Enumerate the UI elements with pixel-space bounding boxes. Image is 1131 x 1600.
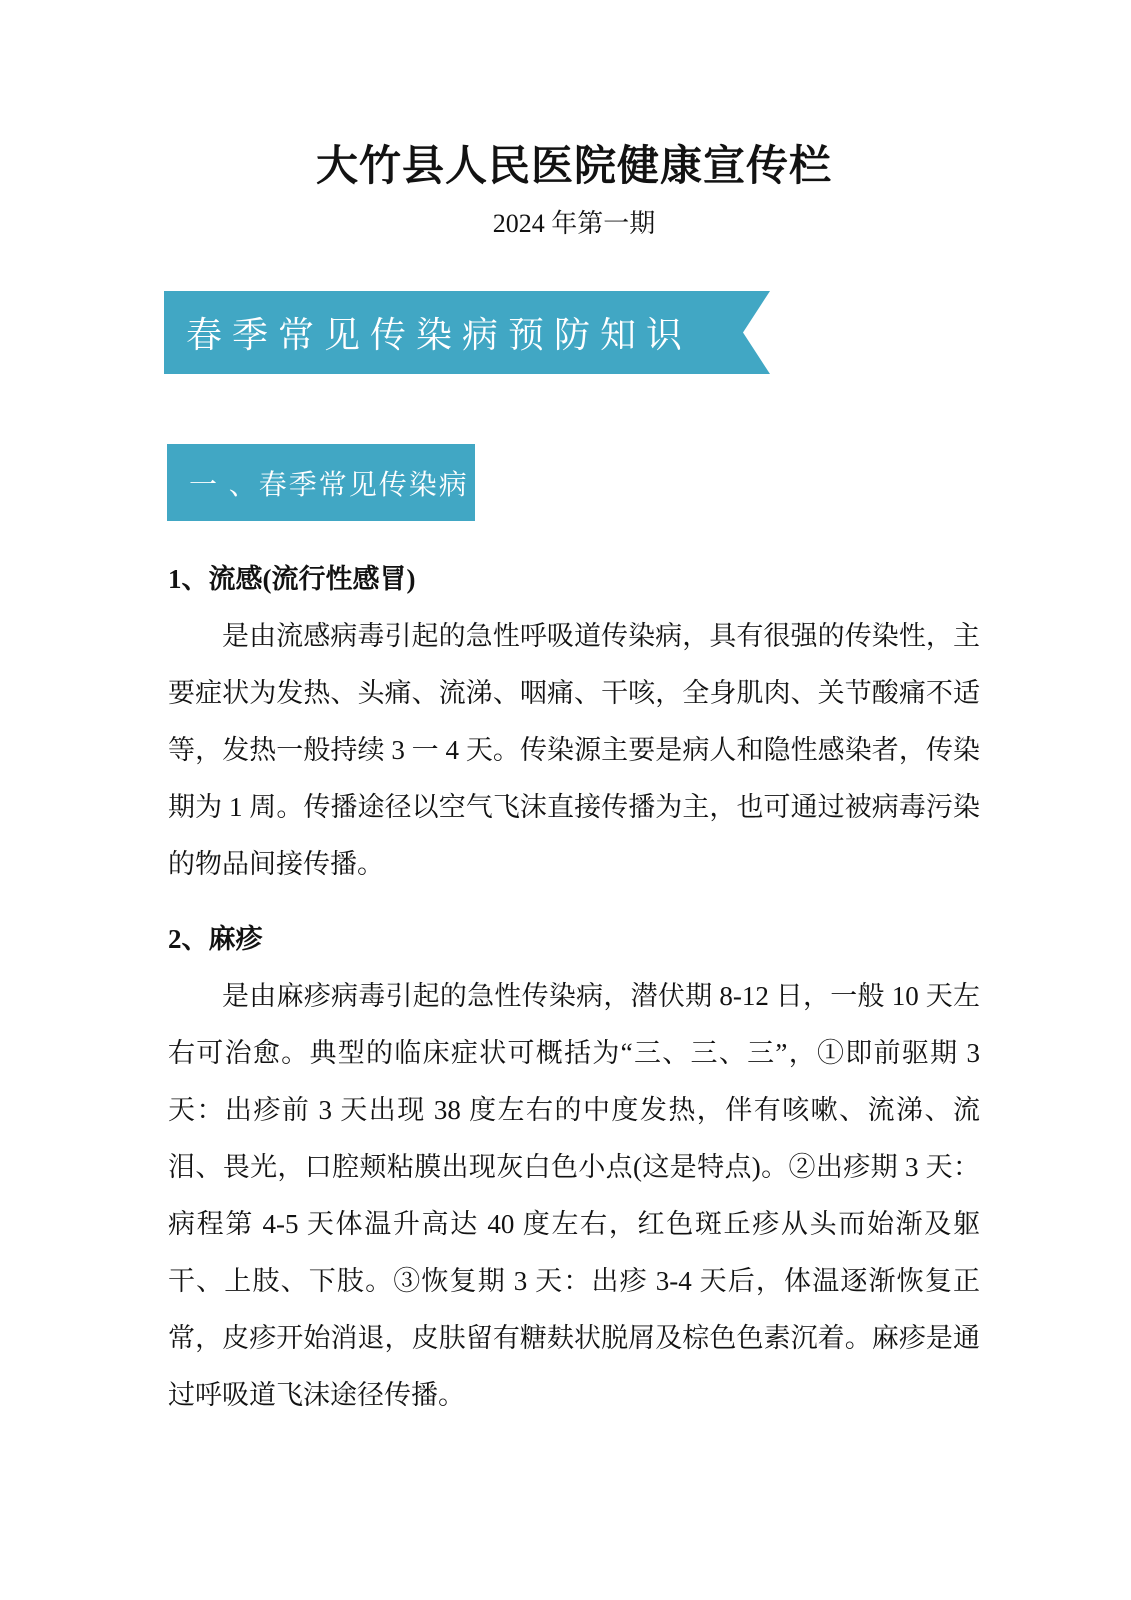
- measles-section-paragraph: 是由麻疹病毒引起的急性传染病，潜伏期 8-12 日，一般 10 天左右可治愈。典…: [168, 968, 980, 1424]
- flu-section-heading: 1、流感(流行性感冒): [168, 551, 980, 608]
- ribbon-banner-label: 春季常见传染病预防知识: [186, 307, 692, 358]
- flu-section-paragraph: 是由流感病毒引起的急性呼吸道传染病，具有很强的传染性，主要症状为发热、头痛、流涕…: [168, 608, 980, 893]
- page-title: 大竹县人民医院健康宣传栏: [168, 138, 980, 196]
- ribbon-banner: 春季常见传染病预防知识: [164, 291, 770, 374]
- section-one-header: 一 、春季常见传染病: [167, 444, 475, 521]
- issue-label: 2024 年第一期: [168, 209, 980, 239]
- document-page: 大竹县人民医院健康宣传栏 2024 年第一期 春季常见传染病预防知识 一 、春季…: [0, 0, 1131, 1600]
- section-one-header-label: 一 、春季常见传染病: [189, 463, 469, 503]
- measles-section-heading: 2、麻疹: [168, 911, 980, 968]
